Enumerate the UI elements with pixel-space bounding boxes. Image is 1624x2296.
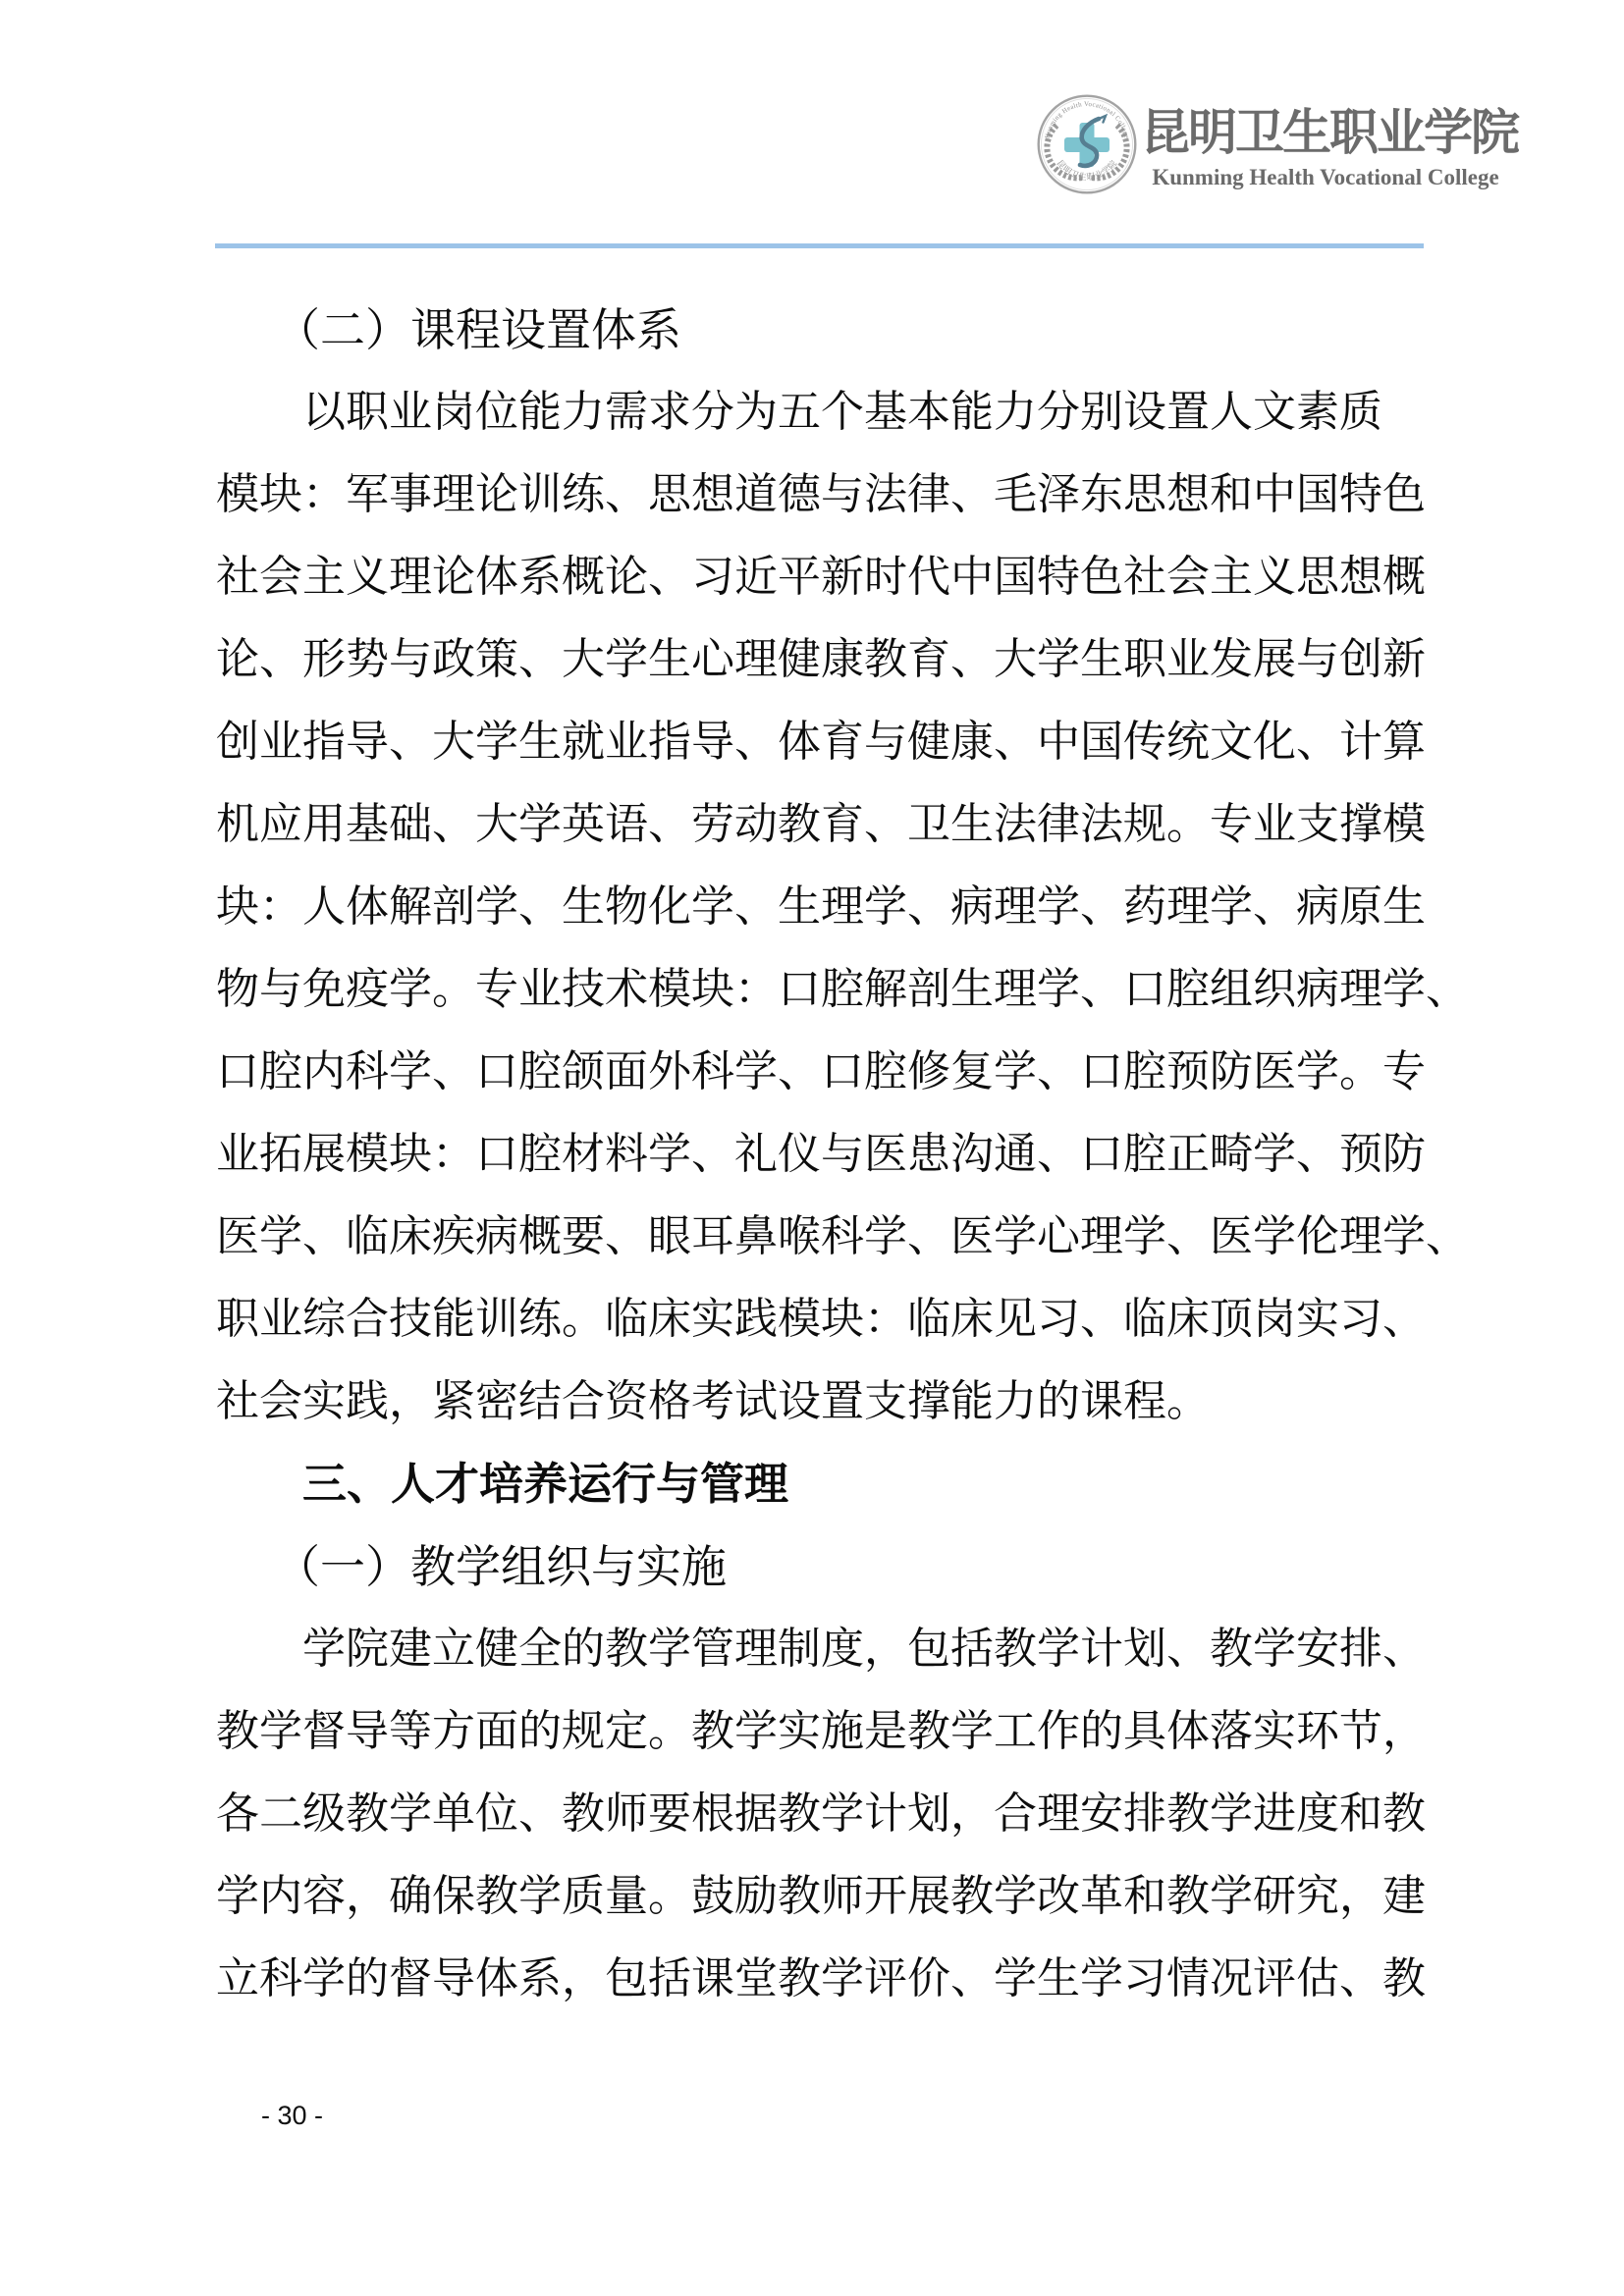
subsection-heading: （一）教学组织与实施 [216,1525,1420,1608]
body-line: 论、形势与政策、大学生心理健康教育、大学生职业发展与创新 [216,618,1420,701]
college-name-english: Kunming Health Vocational College [1141,165,1510,190]
document-body: （二）课程设置体系 以职业岗位能力需求分为五个基本能力分别设置人文素质 模块：军… [216,289,1420,2020]
college-name-block: 昆明卫生职业学院 Kunming Health Vocational Colle… [1141,102,1510,190]
body-line: 社会主义理论体系概论、习近平新时代中国特色社会主义思想概 [216,536,1420,618]
college-seal-icon: Kunming Health Vocational College 昆明卫生职业… [1037,94,1137,194]
college-name-chinese: 昆明卫生职业学院 [1141,102,1510,163]
chapter-heading: 三、人才培养运行与管理 [216,1443,1420,1525]
body-line: 教学督导等方面的规定。教学实施是教学工作的具体落实环节， [216,1690,1420,1773]
body-line: 以职业岗位能力需求分为五个基本能力分别设置人文素质 [216,371,1420,454]
body-line: 医学、临床疾病概要、眼耳鼻喉科学、医学心理学、医学伦理学、 [216,1196,1420,1278]
body-line: 物与免疫学。专业技术模块：口腔解剖生理学、口腔组织病理学、 [216,948,1420,1031]
body-line: 业拓展模块：口腔材料学、礼仪与医患沟通、口腔正畸学、预防 [216,1113,1420,1196]
page-number: - 30 - [261,2101,323,2131]
body-line: 模块：军事理论训练、思想道德与法律、毛泽东思想和中国特色 [216,454,1420,536]
header-divider-line [215,243,1424,248]
body-line: 社会实践，紧密结合资格考试设置支撑能力的课程。 [216,1361,1420,1443]
body-line: 学内容，确保教学质量。鼓励教师开展教学改革和教学研究，建 [216,1855,1420,1938]
body-line: 口腔内科学、口腔颌面外科学、口腔修复学、口腔预防医学。专 [216,1031,1420,1113]
body-line: 职业综合技能训练。临床实践模块：临床见习、临床顶岗实习、 [216,1278,1420,1361]
body-line: 块：人体解剖学、生物化学、生理学、病理学、药理学、病原生 [216,866,1420,948]
body-line: 创业指导、大学生就业指导、体育与健康、中国传统文化、计算 [216,701,1420,783]
section-heading: （二）课程设置体系 [216,289,1420,371]
document-page: Kunming Health Vocational College 昆明卫生职业… [0,0,1624,2296]
body-line: 立科学的督导体系，包括课堂教学评价、学生学习情况评估、教 [216,1938,1420,2020]
body-line: 学院建立健全的教学管理制度，包括教学计划、教学安排、 [216,1608,1420,1690]
body-line: 机应用基础、大学英语、劳动教育、卫生法律法规。专业支撑模 [216,783,1420,866]
body-line: 各二级教学单位、教师要根据教学计划，合理安排教学进度和教 [216,1773,1420,1855]
